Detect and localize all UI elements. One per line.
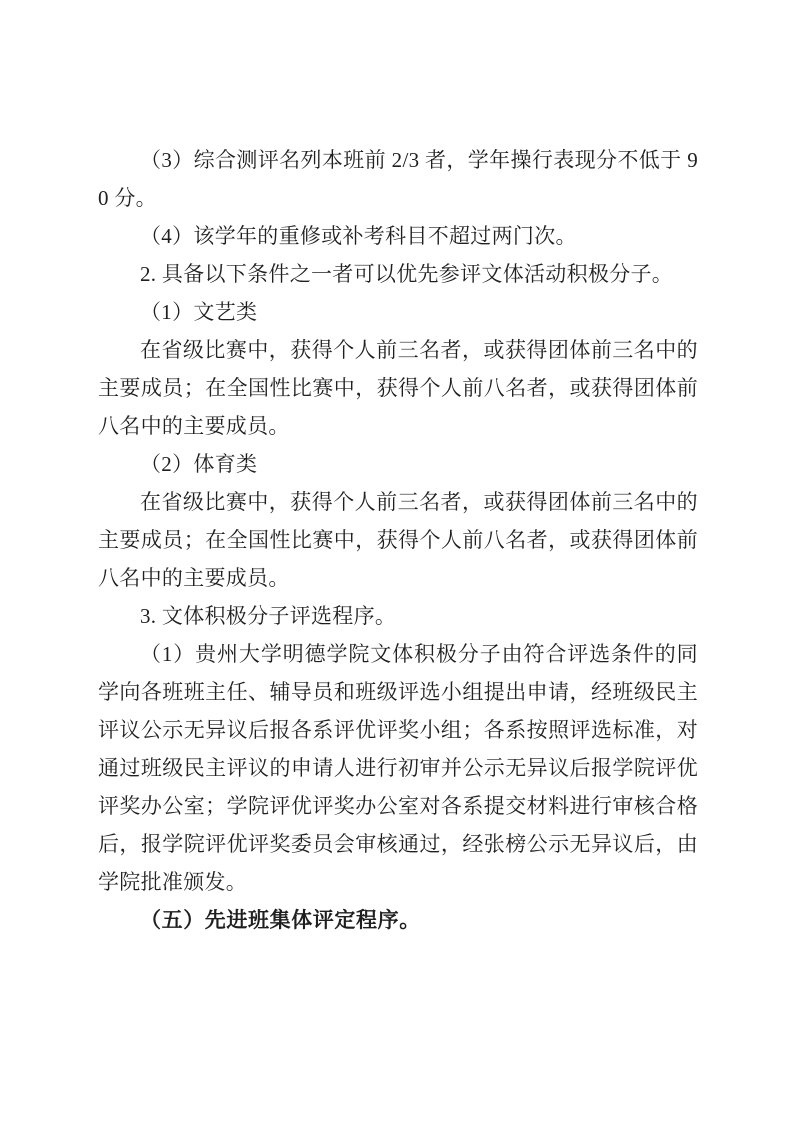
subitem-2-sports-label: （2）体育类 (98, 445, 698, 483)
clause-4-retake-limit: （4）该学年的重修或补考科目不超过两门次。 (98, 217, 698, 255)
subitem-1-arts-label: （1）文艺类 (98, 293, 698, 331)
sports-criteria-text: 在省级比赛中，获得个人前三名者，或获得团体前三名中的主要成员；在全国性比赛中，获… (98, 483, 698, 597)
item-3-selection-procedure-label: 3. 文体积极分子评选程序。 (98, 597, 698, 635)
arts-criteria-text: 在省级比赛中，获得个人前三名者，或获得团体前三名中的主要成员；在全国性比赛中，获… (98, 331, 698, 445)
document-page: （3）综合测评名列本班前 2/3 者，学年操行表现分不低于 90 分。 （4）该… (0, 0, 793, 1122)
clause-3-comprehensive-evaluation: （3）综合测评名列本班前 2/3 者，学年操行表现分不低于 90 分。 (98, 141, 698, 217)
item-2-priority-conditions: 2. 具备以下条件之一者可以优先参评文体活动积极分子。 (98, 255, 698, 293)
section-5-advanced-class-heading: （五）先进班集体评定程序。 (98, 901, 698, 939)
selection-procedure-detail: （1）贵州大学明德学院文体积极分子由符合评选条件的同学向各班班主任、辅导员和班级… (98, 635, 698, 901)
